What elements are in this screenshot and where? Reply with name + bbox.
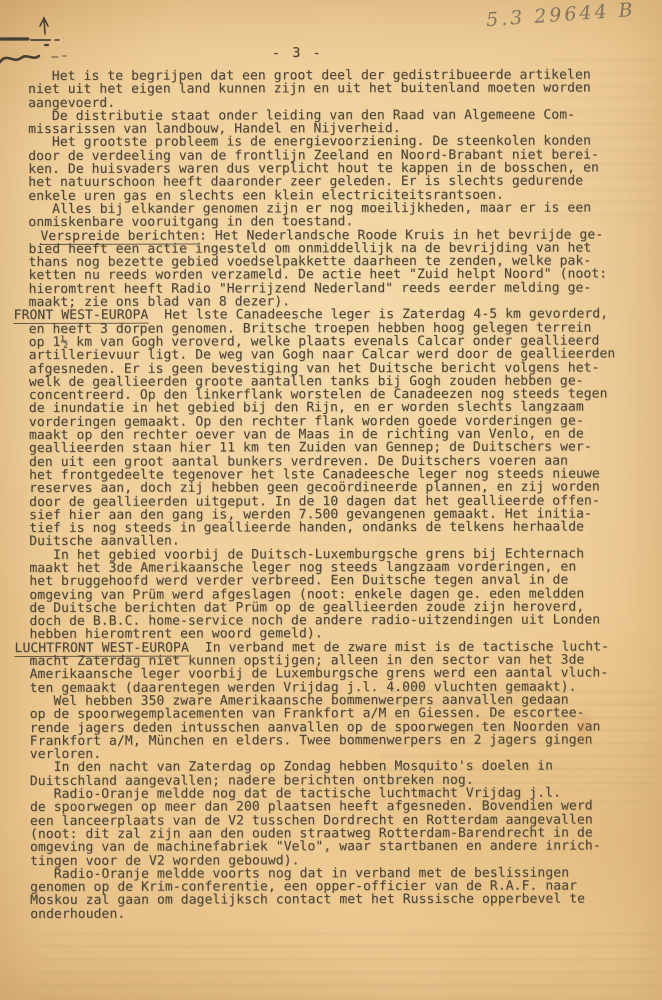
section-body-luchtfront-west-europa: In verband met de zware mist is de tacti… — [30, 639, 610, 762]
section-front-west-europa: FRONT WEST-EUROPA Het lste Canadeesche l… — [29, 308, 648, 642]
paragraph-overall-progress: Alles bij elkander genomen zijn er nog m… — [28, 201, 646, 229]
paragraph-radio-oranje-krim: Radio-Oranje meldde voorts nog dat in ve… — [30, 866, 648, 921]
bleedthrough-ghost-bottom — [40, 932, 656, 998]
section-body-front-west-europa: Het lste Canadeesche leger is Zaterdag 4… — [29, 307, 616, 643]
section-verspreide-berichten: Verspreide berichten: Het Nederlandsche … — [28, 228, 646, 309]
document-body: Het is te begrijpen dat een groot deel d… — [28, 68, 648, 921]
document-page: { "page": { "number_label": "- 3 -", "ha… — [0, 0, 662, 1000]
handwritten-reference: 5.3 29644 B — [486, 0, 637, 31]
section-luchtfront-west-europa: LUCHTFRONT WEST-EUROPA In verband met de… — [29, 640, 647, 761]
paragraph-distribution-intro: Het is te begrijpen dat een groot deel d… — [28, 68, 646, 110]
paragraph-energy-problem: Het grootste probleem is de energievoorz… — [28, 135, 646, 203]
page-number: - 3 - — [272, 45, 323, 61]
paragraph-distribution-leadership: De distributie staat onder leiding van d… — [28, 108, 646, 136]
paragraph-radio-oranje-v2: Radio-Oranje meldde nog dat de tactische… — [30, 786, 648, 867]
paragraph-mosquito-raids: In den nacht van Zaterdag op Zondag hebb… — [30, 760, 648, 788]
